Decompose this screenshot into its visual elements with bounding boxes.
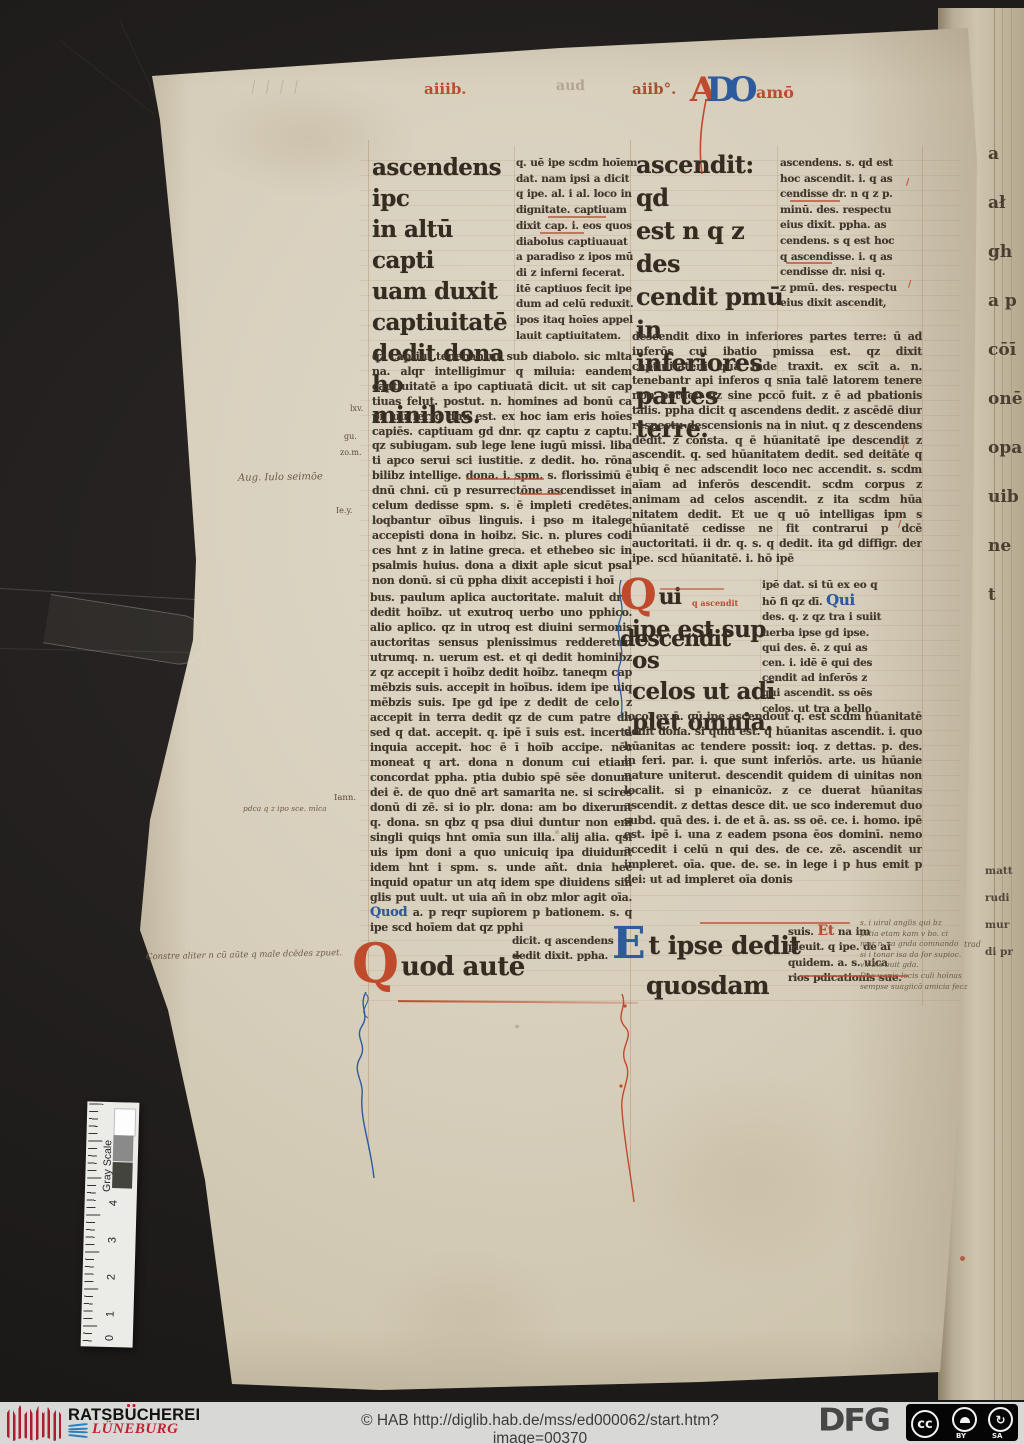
text-line: celos ut adī bbox=[632, 676, 778, 707]
text-line: lauit captiuitatem. bbox=[516, 329, 642, 345]
ruler-number: 0 bbox=[104, 1335, 116, 1341]
text-line: q. uē ipe scdm hoīem bbox=[516, 156, 642, 172]
lombard-initial-e-blue: E bbox=[612, 924, 646, 964]
red-underline bbox=[790, 200, 840, 202]
margin-mark-2: gu. bbox=[344, 432, 357, 441]
text-line: uam duxit bbox=[372, 276, 522, 307]
dfg-logo: DFG bbox=[818, 1401, 889, 1438]
text-line: opa bbox=[988, 424, 1024, 473]
faint-foliation-marks bbox=[248, 80, 308, 94]
text-line: cōī bbox=[988, 326, 1024, 375]
clamp-string bbox=[0, 588, 205, 600]
ruler-number: 3 bbox=[107, 1237, 119, 1243]
cc-by-icon bbox=[952, 1407, 977, 1432]
red-underline bbox=[548, 216, 606, 218]
text-line: qui ascendit. ss oēs bbox=[762, 686, 920, 701]
page-clamp bbox=[43, 594, 208, 668]
grayscale-card: Gray Scale 4 3 2 1 0 bbox=[81, 1101, 140, 1347]
text-line: uib bbox=[988, 473, 1024, 522]
text-line: sempse suagiicā amicia fecz bbox=[860, 982, 992, 993]
gloss-left-b: bus. paulum aplica auctoritate. maluit d… bbox=[370, 590, 632, 952]
red-underline bbox=[700, 922, 850, 924]
cc-icon: cc bbox=[911, 1410, 939, 1438]
backdrop-scratch bbox=[119, 20, 158, 102]
margin-pdca-note: pdca q z ipo sce. mīca bbox=[243, 804, 327, 813]
text-line: eius dixit ascendit, bbox=[780, 296, 918, 312]
margin-aug-note: Aug. Iulo seimōe bbox=[238, 471, 323, 483]
running-title-left: aiiib. bbox=[424, 80, 467, 98]
fore-edge-text-upper: aałgha pcōīonēopauibne t bbox=[988, 130, 1024, 660]
text-line: des. q. z qz tra i suiit bbox=[762, 610, 920, 625]
text-line: a bbox=[988, 130, 1024, 179]
text-line: a paradiso z ipos mū bbox=[516, 250, 642, 266]
cursive-trad: trad bbox=[964, 940, 981, 949]
red-underline bbox=[786, 262, 832, 264]
gloss-qui-rest: des. q. z qz tra i suiituerba ipse gd ip… bbox=[762, 610, 920, 716]
gloss-left-a: qz captiui tenebantur sub diabolo. sic m… bbox=[372, 350, 632, 590]
text-line: matt bbox=[985, 858, 1024, 885]
text-line: qui des. ē. z qui as bbox=[762, 641, 920, 656]
text-line: est n q z des bbox=[636, 214, 784, 280]
text-line: onē bbox=[988, 375, 1024, 424]
running-title-right: amō bbox=[756, 83, 794, 102]
cc-sa-label: SA bbox=[992, 1432, 1002, 1440]
blue-ornament-line bbox=[612, 580, 630, 720]
text-line: ne t bbox=[988, 522, 1024, 620]
text-line: ascendens. s. qd est bbox=[780, 156, 918, 172]
margin-mark-4: Ie.y. bbox=[336, 506, 352, 515]
running-title-center: aiib°. bbox=[632, 80, 676, 98]
running-title-faint: aud bbox=[556, 78, 585, 94]
text-line: dat. nam ipsi a dicit bbox=[516, 172, 642, 188]
text-line: z pmū. des. respectu bbox=[780, 281, 918, 297]
text-line: ipe est sup os bbox=[632, 614, 778, 676]
red-underline bbox=[800, 975, 908, 977]
red-slash: / bbox=[906, 178, 909, 188]
ruler-number: 2 bbox=[106, 1274, 118, 1280]
et-pre: suis. bbox=[788, 926, 817, 938]
ruler-number: 4 bbox=[108, 1200, 120, 1206]
lueneburg-book-icon bbox=[68, 1424, 88, 1438]
gloss-qui-line2: hō fi qz dī. Qui bbox=[762, 593, 920, 610]
text-line: si i tonar isa da for supioc. bbox=[860, 950, 992, 961]
ruler-ticks-major bbox=[83, 1103, 104, 1343]
grayscale-patch-mid bbox=[113, 1135, 134, 1162]
grayscale-patch-dark bbox=[112, 1162, 133, 1189]
red-slash: / bbox=[908, 280, 911, 290]
text-line: uerba ipse gd ipse. bbox=[762, 626, 920, 641]
text-line: in altū capti bbox=[372, 214, 522, 276]
text-line: gh bbox=[988, 228, 1024, 277]
lemma-et-rest: t ipse dedit bbox=[649, 931, 801, 960]
text-line: captiuitatē bbox=[372, 307, 522, 338]
city-name: LÜNEBURG bbox=[92, 1421, 179, 1438]
text-line: ipos itaq hoīes appel bbox=[516, 313, 642, 329]
text-line: ascendens ipc bbox=[372, 152, 522, 214]
text-line: cendens. s q est hoc bbox=[780, 234, 918, 250]
red-underline bbox=[520, 493, 562, 495]
gloss-quod-post: a. p reqr supiorem p bbox=[407, 906, 540, 919]
cursive-marginal-note: s. i uiral anglis qui bzpstia etam kam v… bbox=[860, 918, 992, 992]
text-line: itē captiuos fecit ipe bbox=[516, 282, 642, 298]
red-slash: / bbox=[902, 442, 905, 452]
lombard-initial-et-red: Et bbox=[817, 924, 834, 939]
text-line: q ipe. al. i al. loco in bbox=[516, 187, 642, 203]
margin-mark-5: Iann. bbox=[334, 793, 356, 803]
gloss-marginal-left-top: q. uē ipe scdm hoīemdat. nam ipsi a dici… bbox=[516, 156, 642, 344]
backdrop-scratch bbox=[59, 40, 154, 115]
margin-mark-1: lxv. bbox=[350, 404, 363, 413]
red-descender-flourish bbox=[600, 994, 640, 1204]
red-underline bbox=[466, 478, 544, 480]
cc-license-badge: cc BY ↻ SA bbox=[906, 1404, 1018, 1441]
text-line: a p bbox=[988, 277, 1024, 326]
gloss-right-a: descendit dixo in inferiores partes terr… bbox=[632, 330, 922, 580]
text-line: minū. des. respectu bbox=[780, 203, 918, 219]
gloss-quod-initial-word: Quod bbox=[370, 905, 407, 920]
text-line: cen. i. idē ē qui des bbox=[762, 656, 920, 671]
text-line: diabolus captiuauat bbox=[516, 235, 642, 251]
gloss-qui-line1: ipē dat. si tū ex eo q bbox=[762, 578, 920, 593]
red-speck bbox=[960, 1256, 965, 1261]
person-icon bbox=[960, 1417, 970, 1423]
text-line: rudi bbox=[985, 885, 1024, 912]
ratsbuecherei-stripes-logo bbox=[7, 1405, 61, 1441]
red-underline bbox=[540, 232, 584, 234]
red-underline bbox=[660, 588, 724, 590]
scan-stage: aałgha pcōīonēopauibne t mattrudimurdi p… bbox=[0, 0, 1024, 1444]
cc-sa-icon: ↻ bbox=[988, 1407, 1013, 1432]
gloss-right-b: loco. ex ā. qū ipe ascendout q. est scdm… bbox=[624, 710, 922, 922]
gloss-left-b-text: bus. paulum aplica auctoritate. maluit d… bbox=[370, 591, 632, 904]
text-line: pstia etam kam v bo. ci bbox=[860, 929, 992, 940]
lemma-et-ipse-dedit: E t ipse dedit quosdam bbox=[612, 924, 812, 1004]
line2-pre: hō fi qz dī. bbox=[762, 596, 826, 608]
cc-by-label: BY bbox=[956, 1432, 966, 1440]
gloss-marginal-right-top: ascendens. s. qd esthoc ascendit. i. q a… bbox=[780, 156, 918, 312]
column-rule bbox=[922, 146, 923, 1006]
text-line: cendit ad inferōs z bbox=[762, 671, 920, 686]
text-line: hoc ascendit. i. q as bbox=[780, 172, 918, 188]
margin-mark-3: zo.m. bbox=[340, 448, 362, 457]
lombard-initial-qui-blue: Qui bbox=[826, 593, 855, 609]
spot bbox=[515, 1025, 519, 1028]
copyright-url: © HAB http://diglib.hab.de/mss/ed000062/… bbox=[330, 1412, 750, 1444]
text-line: ał bbox=[988, 179, 1024, 228]
lombard-initial-q-red: Q bbox=[352, 938, 399, 988]
text-line: cendit pmū bbox=[636, 280, 784, 313]
lemma-quod-rest: uod autē bbox=[401, 952, 525, 982]
text-line: di z inferni fecerat. bbox=[516, 266, 642, 282]
grayscale-patch-white bbox=[113, 1108, 136, 1137]
text-line: dum ad celū reduxit. bbox=[516, 297, 642, 313]
text-line: vn bis buit gda. bbox=[860, 960, 992, 971]
blue-descender-flourish bbox=[344, 992, 388, 1182]
text-line: eius dixit. ppha. as bbox=[780, 218, 918, 234]
text-line: s. i uiral anglis qui bz bbox=[860, 918, 992, 929]
text-line: cendisse dr. nisi q. bbox=[780, 265, 918, 281]
ruler-number: 1 bbox=[104, 1311, 116, 1317]
interlinear-gloss-red: q ascendit bbox=[692, 598, 738, 608]
red-slash: / bbox=[898, 520, 901, 530]
gloss-qui-side: ipē dat. si tū ex eo q hō fi qz dī. Qui … bbox=[762, 578, 920, 717]
text-line: ascendit: qd bbox=[636, 148, 784, 214]
